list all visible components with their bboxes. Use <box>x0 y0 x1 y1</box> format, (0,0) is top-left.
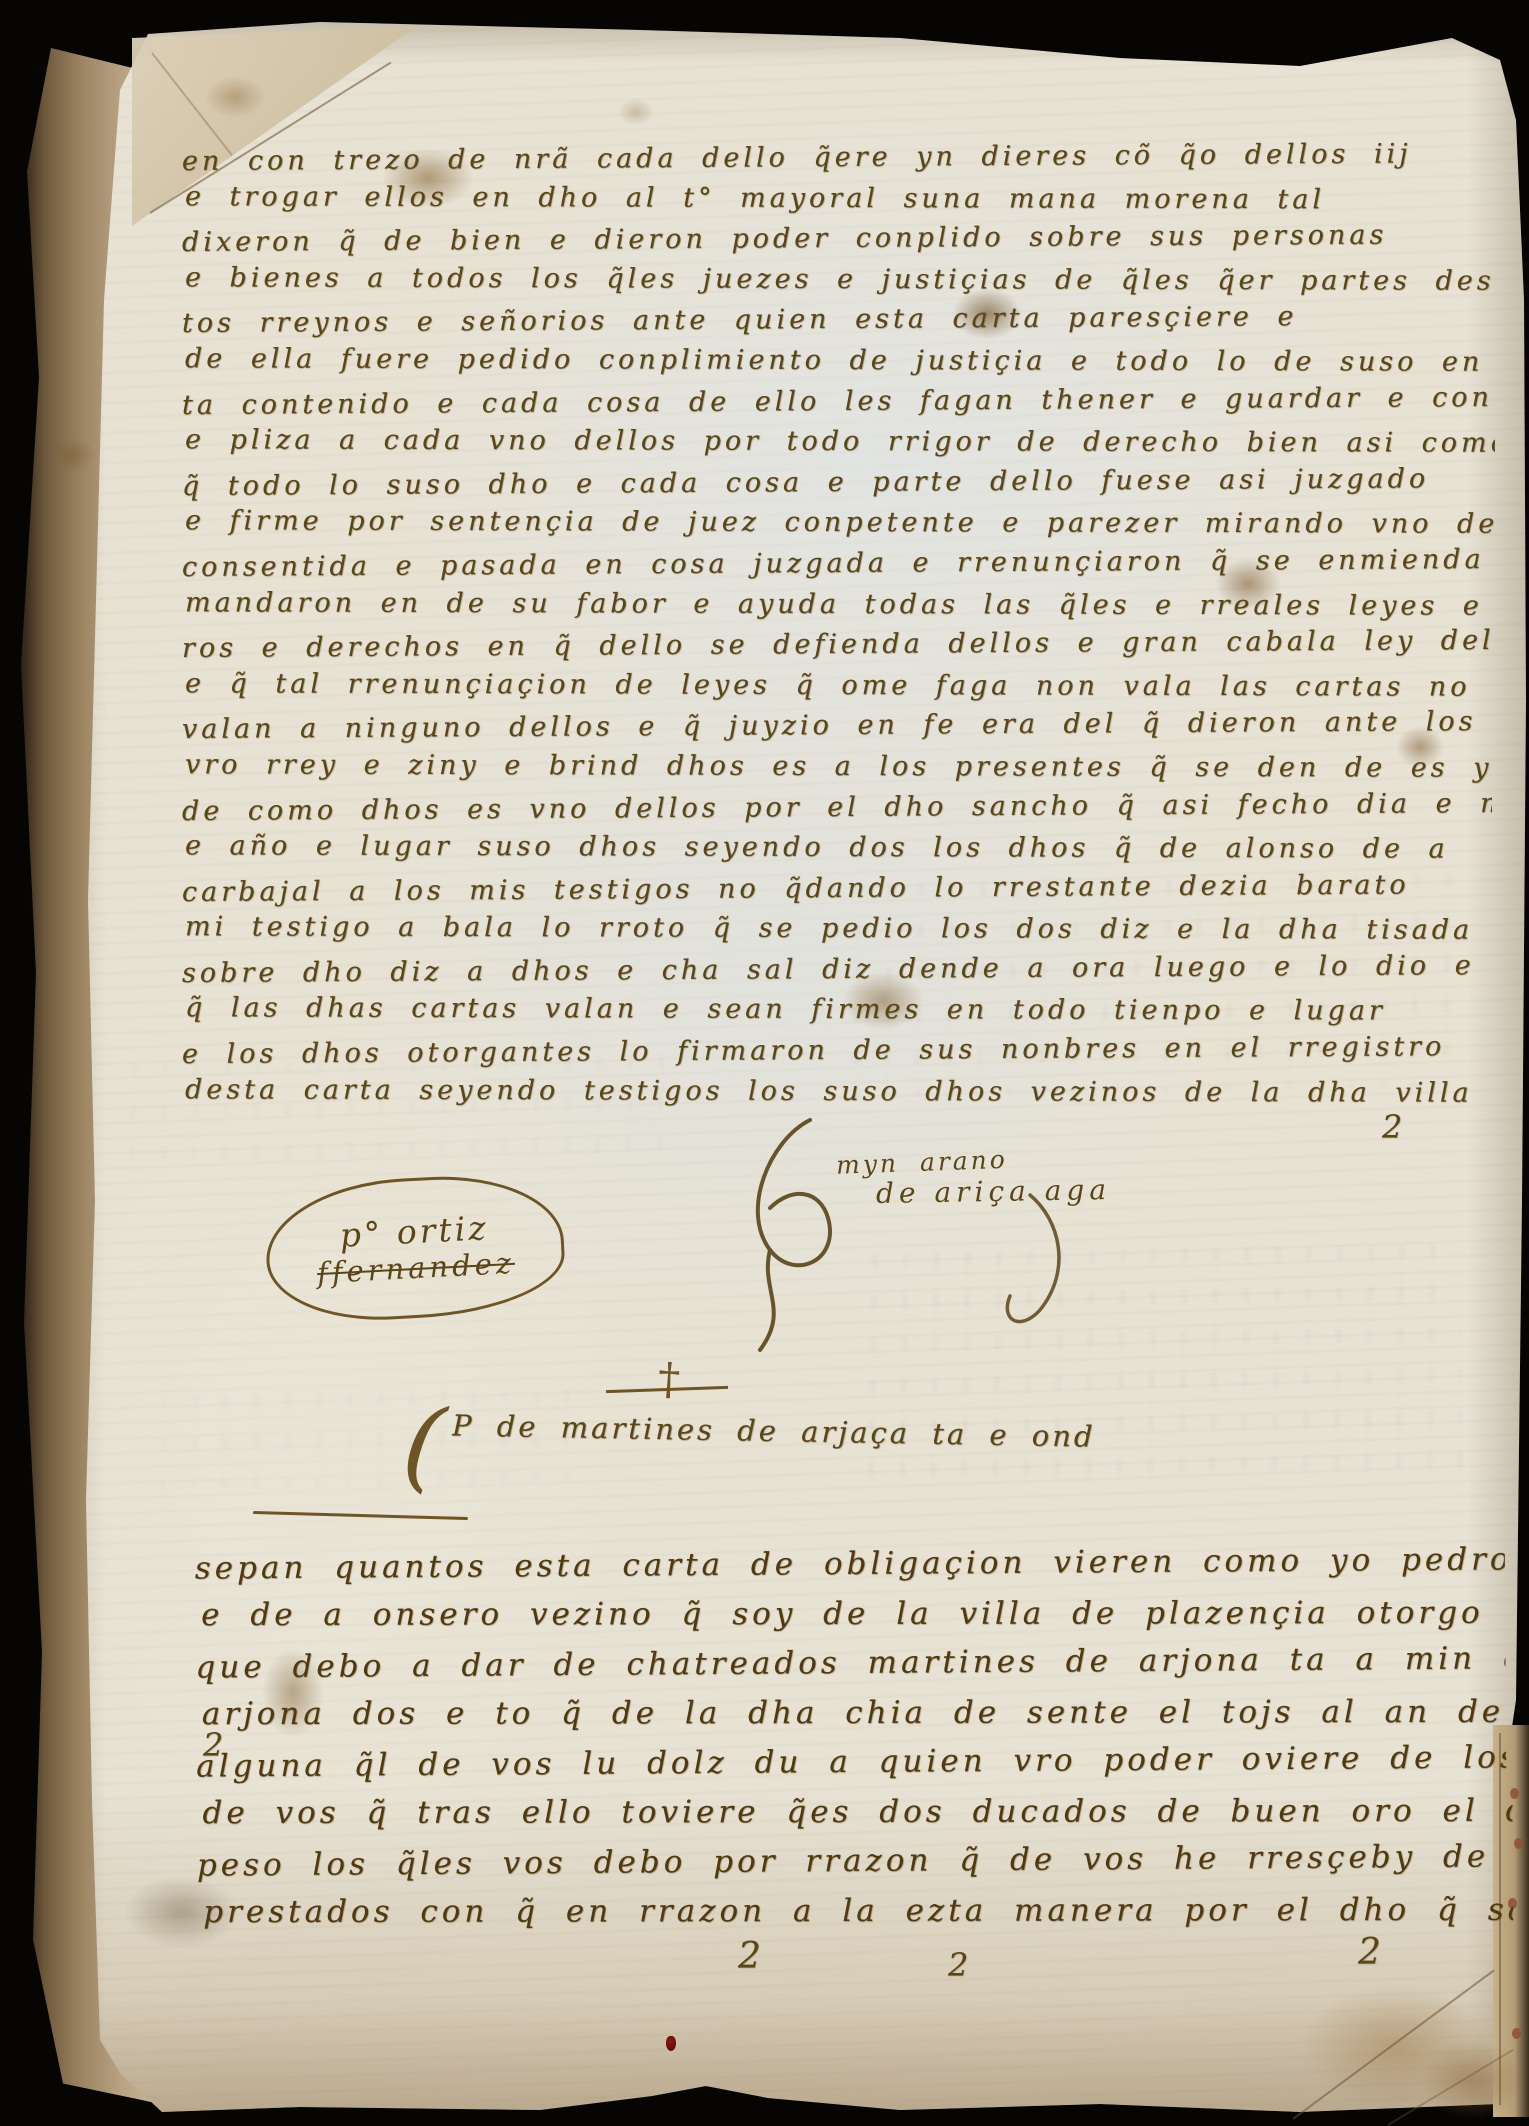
manuscript-line: alguna q̃l de vos lu dolz du a quien vro… <box>196 1733 1506 1792</box>
manuscript-line: consentida e pasada en cosa juzgada e rr… <box>182 540 1492 589</box>
cross-mark: † <box>604 1358 734 1402</box>
manuscript-line: de ella fuere pedido conplimiento de jus… <box>185 339 1495 383</box>
manuscript-line: dixeron q̃ de bien e dieron poder conpli… <box>182 215 1492 264</box>
manuscript-line: q̃ las dhas cartas valan e sean firmes e… <box>185 989 1495 1033</box>
manuscript-line: tos rreynos e señorios ante quien esta c… <box>182 296 1492 345</box>
signature-block: myn arano de ariça aga <box>836 1146 1111 1208</box>
fore-edge-speck <box>1512 2028 1521 2039</box>
manuscript-photo: { "page": { "kind": "sixteenth-century S… <box>0 0 1529 2126</box>
manuscript-line: q̃ todo lo suso dho e cada cosa e parte … <box>182 459 1492 508</box>
manuscript-line: prestados con q̃ en rrazon a la ezta man… <box>203 1885 1513 1937</box>
flourish-mark: 2 <box>948 1946 968 1984</box>
signature-flourish <box>700 1100 1120 1370</box>
manuscript-line: de como dhos es vno dellos por el dho sa… <box>182 783 1492 832</box>
red-ink-drop <box>666 2036 676 2051</box>
manuscript-line: sobre dho diz a dhos e cha sal diz dende… <box>182 946 1492 995</box>
fox-spot <box>618 98 654 126</box>
manuscript-line: arjona dos e to q̃ de la dha chia de sen… <box>202 1687 1512 1739</box>
manuscript-line: e los dhos otorgantes lo firmaron de sus… <box>182 1027 1492 1076</box>
manuscript-line: e firme por sentençia de juez conpetente… <box>185 502 1495 546</box>
manuscript-line: e trogar ellos en dho al t° mayoral suna… <box>185 177 1495 221</box>
manuscript-line: peso los q̃les vos debo por rrazon q̃ de… <box>197 1832 1507 1891</box>
signature-surname: de ariça aga <box>876 1173 1112 1210</box>
manuscript-line: e año e lugar suso dhos seyendo dos los … <box>185 826 1495 870</box>
manuscript-line: carbajal a los mis testigos no q̃dando l… <box>182 865 1492 914</box>
manuscript-line: mi testigo a bala lo rroto q̃ se pedio l… <box>185 908 1495 952</box>
manuscript-line: vro rrey e ziny e brind dhos es a los pr… <box>185 745 1495 789</box>
manuscript-line: e de a onsero vezino q̃ soy de la villa … <box>201 1588 1511 1640</box>
manuscript-line: ta contenido e cada cosa de ello les fag… <box>182 378 1492 427</box>
main-text-block: en con trezo de nrã cada dello q̃ere yn … <box>182 138 1492 1112</box>
flourish-mark: 2 <box>1382 1108 1402 1146</box>
cross-glyph: † <box>657 1357 681 1402</box>
manuscript-line: e q̃ tal rrenunçiaçion de leyes q̃ ome f… <box>185 664 1495 708</box>
flourish-mark: 2 <box>738 1936 761 1977</box>
manuscript-line: e bienes a todos los q̃les juezes e just… <box>185 258 1495 302</box>
manuscript-line: mandaron en de su fabor e ayuda todas la… <box>185 583 1495 627</box>
manuscript-line: en con trezo de nrã cada dello q̃ere yn … <box>182 134 1492 183</box>
fox-spot <box>205 76 265 118</box>
obligation-text-block: sepan quantos esta carta de obligaçion v… <box>195 1535 1508 1940</box>
manuscript-line: de vos q̃ tras ello toviere q̃es dos duc… <box>202 1786 1512 1838</box>
manuscript-line: sepan quantos esta carta de obligaçion v… <box>195 1535 1505 1594</box>
manuscript-line: que debo a dar de chatreados martines de… <box>195 1634 1505 1693</box>
manuscript-line: e pliza a cada vno dellos por todo rrigo… <box>185 420 1495 464</box>
fox-spot <box>52 438 96 472</box>
fore-edge-speck <box>1514 1838 1523 1849</box>
flourish-mark: 2 <box>203 1726 223 1764</box>
manuscript-line: ros e derechos en q̃ dello se defienda d… <box>182 621 1492 670</box>
manuscript-line: valan a ninguno dellos e q̃ juyzio en fe… <box>182 702 1492 751</box>
flourish-mark: 2 <box>1358 1932 1381 1973</box>
